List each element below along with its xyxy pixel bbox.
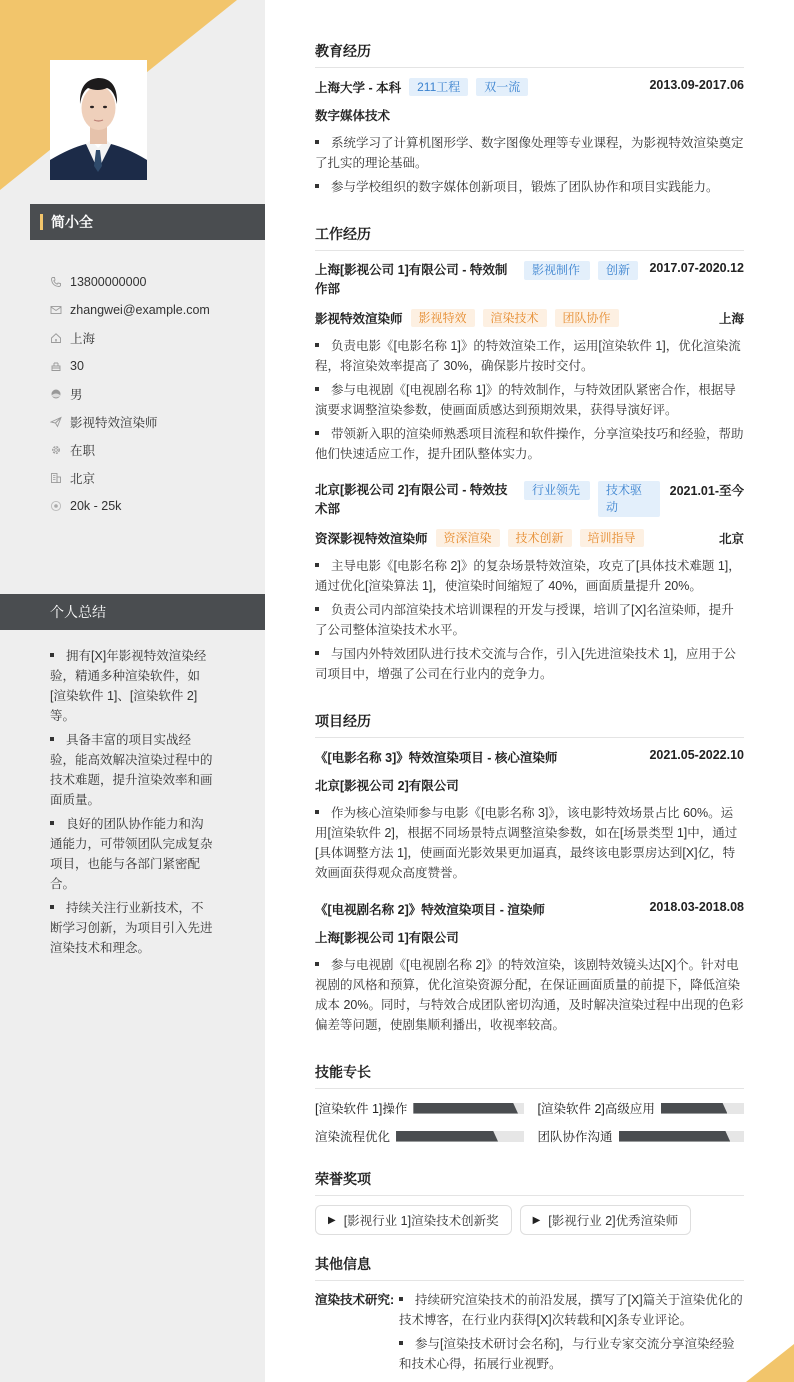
hometown-value: 上海 — [70, 329, 95, 347]
summary-title: 个人总结 — [50, 602, 106, 622]
status-icon — [50, 444, 62, 456]
project-details: 参与电视剧《[电视剧名称 2]》的特效渲染，该剧特效镜头达[X]个。针对电视剧的… — [315, 955, 744, 1039]
status-value: 在职 — [70, 441, 95, 459]
award-label: [影视行业 2]优秀渲染师 — [548, 1211, 678, 1229]
job-date: 2021.01-至今 — [670, 481, 744, 499]
job-value: 影视特效渲染师 — [70, 413, 158, 431]
skill-label: [渲染软件 2]高级应用 — [538, 1099, 655, 1117]
bullet-icon — [50, 737, 54, 741]
info-job: 影视特效渲染师 — [50, 408, 260, 436]
bullet-icon — [315, 140, 319, 144]
profile-photo — [50, 60, 147, 180]
project-date: 2021.05-2022.10 — [649, 748, 744, 762]
role-tag: 影视特效 — [411, 309, 475, 327]
phone-icon — [50, 276, 62, 288]
section-title-other: 其他信息 — [315, 1254, 744, 1281]
project-company: 北京[影视公司 2]有限公司 — [315, 776, 744, 794]
award-item: ▶ [影视行业 2]优秀渲染师 — [520, 1205, 692, 1235]
mail-icon — [50, 304, 62, 316]
role-tag: 技术创新 — [508, 529, 572, 547]
company-name: 上海[影视公司 1]有限公司 - 特效制作部 — [315, 261, 510, 299]
project-name: 《[电影名称 3]》特效渲染项目 - 核心渲染师 — [315, 748, 557, 766]
company-tag: 技术驱动 — [598, 481, 660, 517]
section-title-awards: 荣誉奖项 — [315, 1169, 744, 1196]
job-header: 北京[影视公司 2]有限公司 - 特效技术部 行业领先 技术驱动 2021.01… — [315, 481, 744, 519]
award-label: [影视行业 1]渲染技术创新奖 — [344, 1211, 499, 1229]
company-tag: 影视制作 — [524, 261, 590, 280]
job-header: 上海[影视公司 1]有限公司 - 特效制作部 影视制作 创新 2017.07-2… — [315, 261, 744, 299]
age-icon — [50, 360, 62, 372]
education-date: 2013.09-2017.06 — [649, 78, 744, 92]
bullet-icon — [315, 651, 319, 655]
bullet-icon — [399, 1341, 403, 1345]
bullet-icon — [50, 653, 54, 657]
awards-list: ▶ [影视行业 1]渲染技术创新奖 ▶ [影视行业 2]优秀渲染师 — [315, 1205, 744, 1235]
other-label: 渲染技术研究: — [315, 1290, 399, 1378]
bullet-icon — [315, 343, 319, 347]
other-info-row: 渲染技术研究: 持续研究渲染技术的前沿发展，撰写了[X]篇关于渲染优化的技术博客… — [315, 1290, 744, 1378]
role-tag: 培训指导 — [580, 529, 644, 547]
job-date: 2017.07-2020.12 — [649, 261, 744, 275]
section-title-education: 教育经历 — [315, 41, 744, 68]
job-location: 上海 — [719, 309, 744, 327]
skill-label: 团队协作沟通 — [538, 1127, 613, 1145]
job-icon — [50, 416, 62, 428]
education-item: 系统学习了计算机图形学、数字图像处理等专业课程，为影视特效渲染奠定了扎实的理论基… — [315, 133, 744, 173]
contact-info-list: 13800000000 zhangwei@example.com 上海 30 — [50, 268, 260, 520]
info-age: 30 — [50, 352, 260, 380]
job-role-row: 影视特效渲染师 影视特效 渲染技术 团队协作 上海 — [315, 309, 744, 327]
award-item: ▶ [影视行业 1]渲染技术创新奖 — [315, 1205, 512, 1235]
job-duty: 主导电影《[电影名称 2]》的复杂场景特效渲染，攻克了[具体技术难题 1]，通过… — [315, 556, 744, 596]
home-icon — [50, 332, 62, 344]
skill-item: [渲染软件 1]操作 — [315, 1094, 530, 1122]
skill-bar — [661, 1103, 744, 1114]
skill-bar-fill — [619, 1131, 731, 1142]
project-detail: 作为核心渲染师参与电影《[电影名称 3]》，该电影特效场景占比 60%。运用[渲… — [315, 803, 744, 883]
job-role-row: 资深影视特效渲染师 资深渲染 技术创新 培训指导 北京 — [315, 529, 744, 547]
skill-item: [渲染软件 2]高级应用 — [530, 1094, 745, 1122]
gender-icon — [50, 388, 62, 400]
job-duty: 参与电视剧《[电视剧名称 1]》的特效制作，与特效团队紧密合作，根据导演要求调整… — [315, 380, 744, 420]
sidebar: 简小全 13800000000 zhangwei@example.com 上海 — [0, 0, 265, 1382]
skill-bar — [619, 1131, 744, 1142]
role-tag: 渲染技术 — [483, 309, 547, 327]
education-item: 参与学校组织的数字媒体创新项目，锻炼了团队协作和项目实践能力。 — [315, 177, 744, 197]
education-list: 系统学习了计算机图形学、数字图像处理等专业课程，为影视特效渲染奠定了扎实的理论基… — [315, 133, 744, 201]
project-detail: 参与电视剧《[电视剧名称 2]》的特效渲染，该剧特效镜头达[X]个。针对电视剧的… — [315, 955, 744, 1035]
bullet-icon — [315, 607, 319, 611]
info-status: 在职 — [50, 436, 260, 464]
skill-label: 渲染流程优化 — [315, 1127, 390, 1145]
project-header: 《[电影名称 3]》特效渲染项目 - 核心渲染师 2021.05-2022.10 — [315, 748, 744, 766]
skill-bar — [396, 1131, 523, 1142]
bullet-icon — [315, 431, 319, 435]
info-phone: 13800000000 — [50, 268, 260, 296]
skill-label: [渲染软件 1]操作 — [315, 1099, 407, 1117]
phone-value: 13800000000 — [70, 275, 146, 289]
job-duty: 负责公司内部渲染技术培训课程的开发与授课，培训了[X]名渲染师，提升了公司整体渲… — [315, 600, 744, 640]
project-header: 《[电视剧名称 2]》特效渲染项目 - 渲染师 2018.03-2018.08 — [315, 900, 744, 918]
other-item: 持续研究渲染技术的前沿发展，撰写了[X]篇关于渲染优化的技术博客，在行业内获得[… — [399, 1290, 744, 1330]
bullet-icon — [315, 810, 319, 814]
bullet-icon — [399, 1297, 403, 1301]
job-duties: 主导电影《[电影名称 2]》的复杂场景特效渲染，攻克了[具体技术难题 1]，通过… — [315, 556, 744, 688]
summary-header: 个人总结 — [0, 594, 265, 630]
summary-list: 拥有[X]年影视特效渲染经验，精通多种渲染软件，如[渲染软件 1]、[渲染软件 … — [50, 646, 215, 962]
skill-bar-fill — [396, 1131, 498, 1142]
summary-item: 拥有[X]年影视特效渲染经验，精通多种渲染软件，如[渲染软件 1]、[渲染软件 … — [50, 646, 215, 726]
resume-page: 简小全 13800000000 zhangwei@example.com 上海 — [0, 0, 794, 1382]
salary-icon — [50, 500, 62, 512]
project-date: 2018.03-2018.08 — [649, 900, 744, 914]
job-role: 资深影视特效渲染师 — [315, 529, 428, 547]
name-bar: 简小全 — [30, 204, 265, 240]
major: 数字媒体技术 — [315, 106, 744, 124]
other-item: 参与[渲染技术研讨会名称]，与行业专家交流分享渲染经验和技术心得，拓展行业视野。 — [399, 1334, 744, 1374]
school-name: 上海大学 - 本科 — [315, 78, 401, 96]
bullet-icon — [50, 821, 54, 825]
candidate-name: 简小全 — [51, 212, 93, 232]
info-gender: 男 — [50, 380, 260, 408]
school-tag: 双一流 — [476, 78, 528, 96]
bullet-icon — [315, 962, 319, 966]
bullet-icon — [315, 563, 319, 567]
info-city: 北京 — [50, 464, 260, 492]
job-duty: 带领新入职的渲染师熟悉项目流程和软件操作，分享渲染技巧和经验，帮助他们快速适应工… — [315, 424, 744, 464]
decorative-corner-triangle — [746, 1344, 794, 1382]
play-triangle-icon: ▶ — [328, 1215, 336, 1226]
job-duty: 与国内外特效团队进行技术交流与合作，引入[先进渲染技术 1]，应用于公司项目中，… — [315, 644, 744, 684]
job-location: 北京 — [719, 529, 744, 547]
skill-bar — [413, 1103, 523, 1114]
summary-item: 持续关注行业新技术，不断学习创新，为项目引入先进渲染技术和理念。 — [50, 898, 215, 958]
summary-item: 具备丰富的项目实战经验，能高效解决渲染过程中的技术难题，提升渲染效率和画面质量。 — [50, 730, 215, 810]
company-tag: 行业领先 — [524, 481, 590, 500]
other-list: 持续研究渲染技术的前沿发展，撰写了[X]篇关于渲染优化的技术博客，在行业内获得[… — [399, 1290, 744, 1378]
company-name: 北京[影视公司 2]有限公司 - 特效技术部 — [315, 481, 510, 519]
school-tag: 211工程 — [409, 78, 468, 96]
job-duties: 负责电影《[电影名称 1]》的特效渲染工作，运用[渲染软件 1]，优化渲染流程，… — [315, 336, 744, 468]
age-value: 30 — [70, 359, 84, 373]
project-details: 作为核心渲染师参与电影《[电影名称 3]》，该电影特效场景占比 60%。运用[渲… — [315, 803, 744, 887]
role-tag: 团队协作 — [555, 309, 619, 327]
city-icon — [50, 472, 62, 484]
play-triangle-icon: ▶ — [533, 1215, 541, 1226]
info-salary: 20k - 25k — [50, 492, 260, 520]
project-company: 上海[影视公司 1]有限公司 — [315, 928, 744, 946]
job-role: 影视特效渲染师 — [315, 309, 403, 327]
section-title-skills: 技能专长 — [315, 1062, 744, 1089]
education-header: 上海大学 - 本科 211工程 双一流 2013.09-2017.06 — [315, 78, 744, 96]
company-tag: 创新 — [598, 261, 638, 280]
info-email: zhangwei@example.com — [50, 296, 260, 324]
skill-bar-fill — [661, 1103, 728, 1114]
section-title-projects: 项目经历 — [315, 711, 744, 738]
skill-item: 渲染流程优化 — [315, 1122, 530, 1150]
info-hometown: 上海 — [50, 324, 260, 352]
job-duty: 负责电影《[电影名称 1]》的特效渲染工作，运用[渲染软件 1]，优化渲染流程，… — [315, 336, 744, 376]
skill-item: 团队协作沟通 — [530, 1122, 745, 1150]
summary-item: 良好的团队协作能力和沟通能力，可带领团队完成复杂项目，也能与各部门紧密配合。 — [50, 814, 215, 894]
skill-bar-fill — [413, 1103, 518, 1114]
city-value: 北京 — [70, 469, 95, 487]
gender-value: 男 — [70, 385, 83, 403]
role-tag: 资深渲染 — [436, 529, 500, 547]
project-name: 《[电视剧名称 2]》特效渲染项目 - 渲染师 — [315, 900, 545, 918]
bullet-icon — [50, 905, 54, 909]
name-accent-mark — [40, 214, 43, 230]
email-value: zhangwei@example.com — [70, 303, 210, 317]
skills-grid: [渲染软件 1]操作 [渲染软件 2]高级应用 渲染流程优化 团队协作沟通 — [315, 1094, 744, 1150]
section-title-work: 工作经历 — [315, 224, 744, 251]
salary-value: 20k - 25k — [70, 499, 121, 513]
bullet-icon — [315, 387, 319, 391]
bullet-icon — [315, 184, 319, 188]
